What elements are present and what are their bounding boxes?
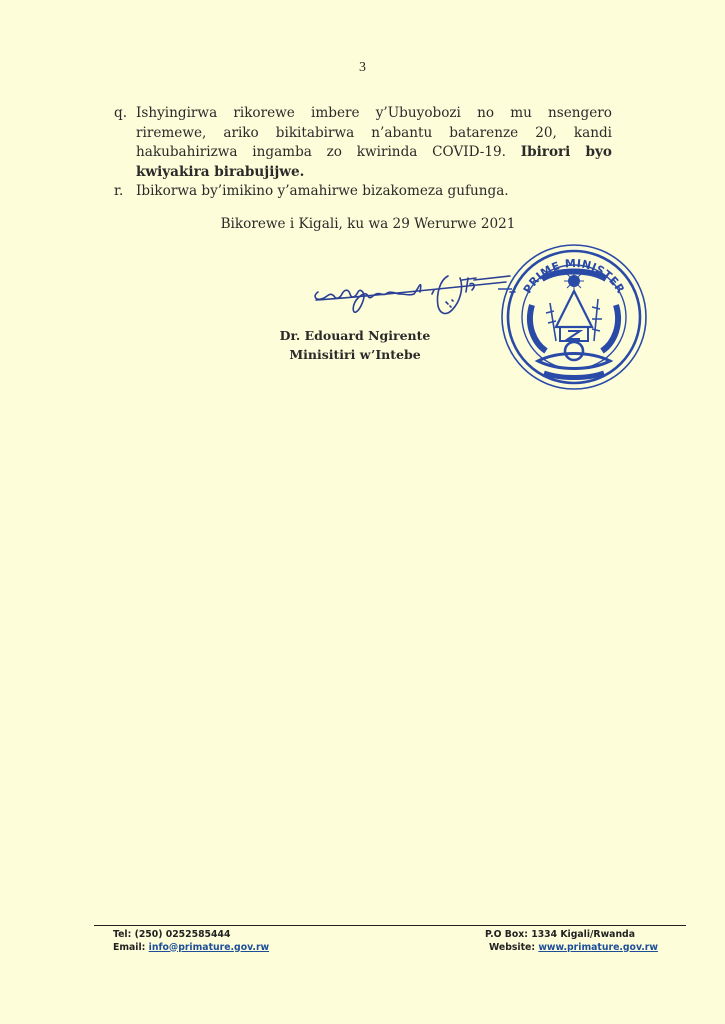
footer-contact: Tel: (250) 0252585444 Email: info@primat… bbox=[113, 929, 269, 954]
place-date: Bikorewe i Kigali, ku wa 29 Werurwe 2021 bbox=[0, 216, 725, 232]
signatory-block: Dr. Edouard Ngirente Minisitiri w’Intebe bbox=[270, 326, 440, 364]
tel-value: (250) 0252585444 bbox=[135, 929, 231, 940]
pobox-label: P.O Box: bbox=[485, 929, 528, 940]
list-marker: q. bbox=[114, 104, 127, 124]
list-item: q. Ishyingirwa rikorewe imbere y’Ubuyobo… bbox=[114, 104, 612, 182]
email-link[interactable]: info@primature.gov.rw bbox=[149, 942, 269, 953]
page-number: 3 bbox=[0, 60, 725, 76]
list-item-text: Ibikorwa by’imikino y’amahirwe bizakomez… bbox=[136, 183, 509, 199]
website-link[interactable]: www.primature.gov.rw bbox=[538, 942, 658, 953]
prime-minister-seal-icon: PRIME MINISTER bbox=[498, 243, 650, 391]
list-item: r. Ibikorwa by’imikino y’amahirwe bizako… bbox=[114, 182, 612, 202]
signatory-title: Minisitiri w’Intebe bbox=[270, 345, 440, 364]
tel-label: Tel: bbox=[113, 929, 131, 940]
signature-icon bbox=[310, 270, 520, 330]
footer-address: P.O Box: 1334 Kigali/Rwanda Website: www… bbox=[485, 929, 658, 954]
footer-divider bbox=[94, 925, 686, 926]
website-label: Website: bbox=[489, 942, 535, 953]
measures-list: q. Ishyingirwa rikorewe imbere y’Ubuyobo… bbox=[114, 104, 612, 202]
email-label: Email: bbox=[113, 942, 145, 953]
list-marker: r. bbox=[114, 182, 123, 202]
pobox-value: 1334 Kigali/Rwanda bbox=[531, 929, 635, 940]
signatory-name: Dr. Edouard Ngirente bbox=[270, 326, 440, 345]
